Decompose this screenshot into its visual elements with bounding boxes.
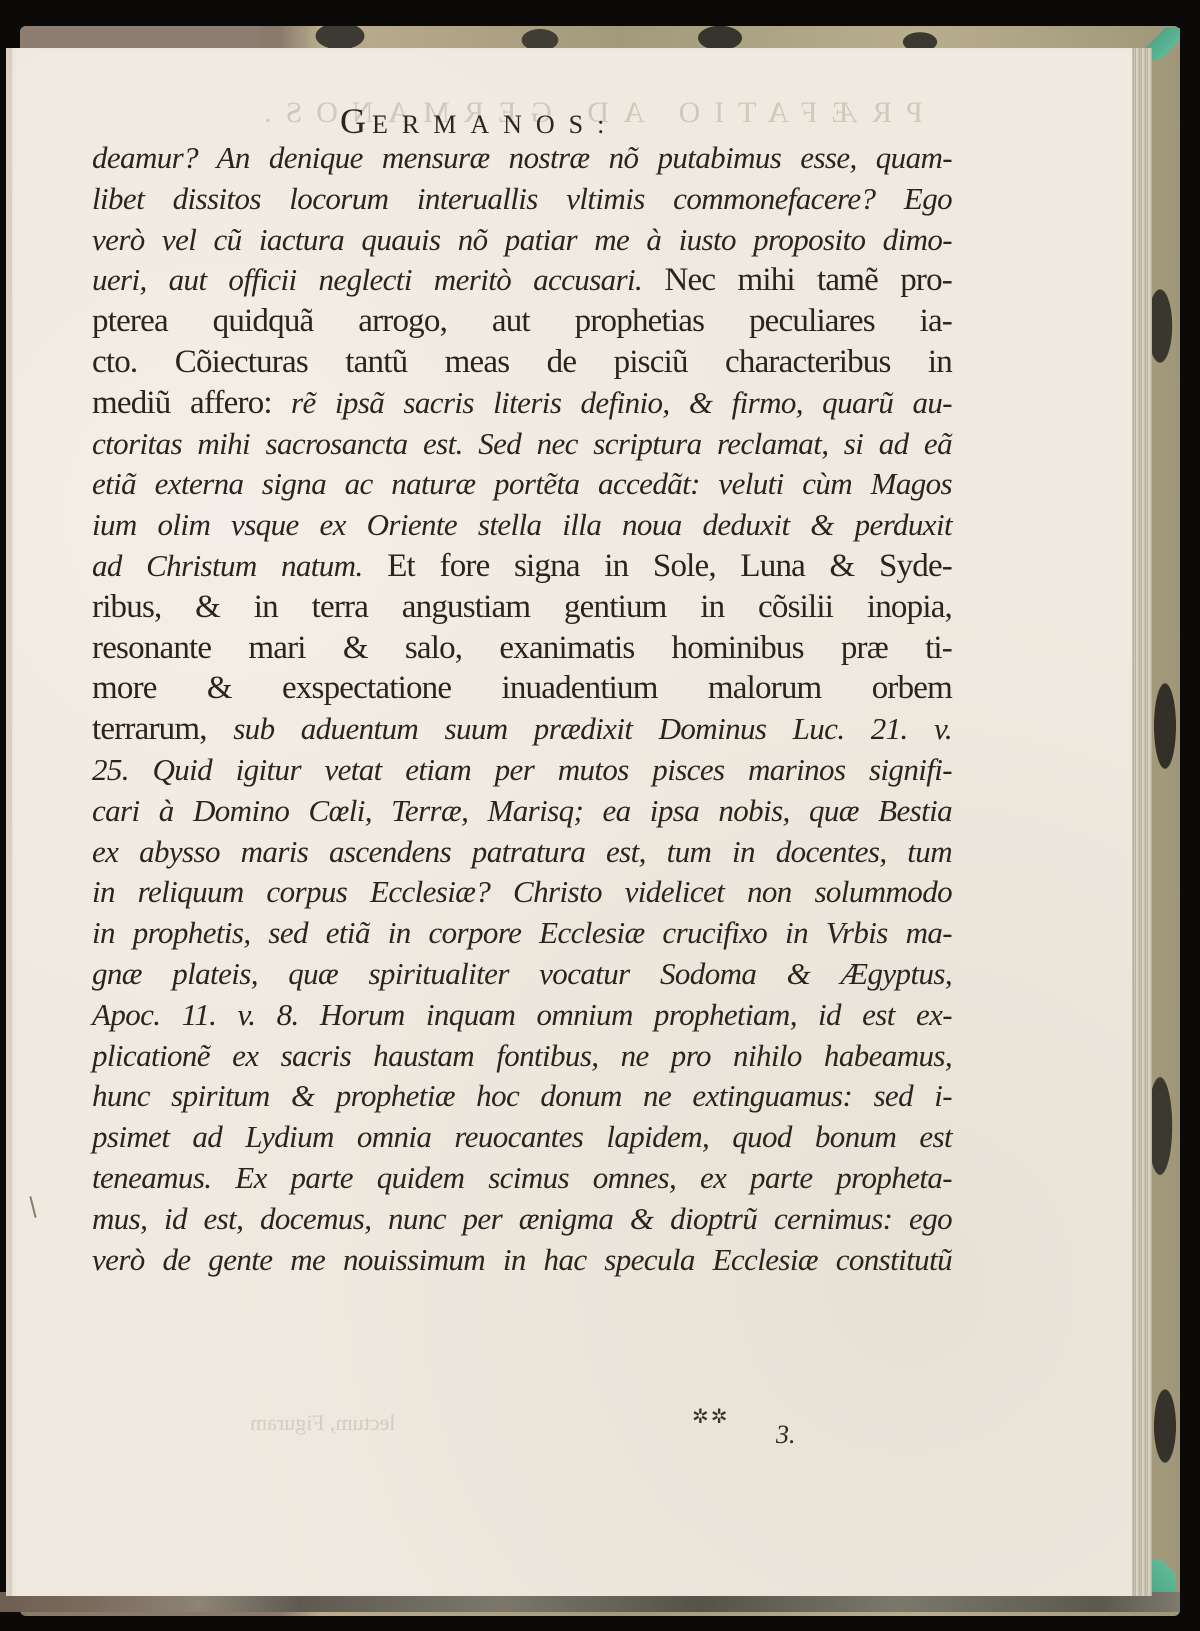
italic-text-segment: rẽ ipsã sacris literis definio, & firmo,… <box>272 385 952 420</box>
text-line: cto. Cõiecturas tantũ meas de pisciũ cha… <box>92 342 952 383</box>
text-line: deamur? An denique mensuræ nostræ nõ put… <box>92 138 952 179</box>
roman-text-segment: cto. Cõiecturas tantũ meas de pisciũ cha… <box>92 344 952 380</box>
text-line: mediũ affero: rẽ ipsã sacris literis def… <box>92 383 952 424</box>
text-line: pterea quidquã arrogo, aut prophetias pe… <box>92 301 952 342</box>
roman-text-segment: pterea quidquã arrogo, aut prophetias pe… <box>92 303 952 339</box>
text-line: ium olim vsque ex Oriente stella illa no… <box>92 505 952 546</box>
italic-text-segment: ctoritas mihi sacrosancta est. Sed nec s… <box>92 426 952 461</box>
body-text-block: deamur? An denique mensuræ nostræ nõ put… <box>92 138 952 1280</box>
italic-text-segment: gnæ plateis, quæ spiritualiter vocatur S… <box>92 956 952 991</box>
italic-text-segment: teneamus. Ex parte quidem scimus omnes, … <box>92 1160 952 1195</box>
italic-text-segment: ium olim vsque ex Oriente stella illa no… <box>92 507 952 542</box>
text-line: gnæ plateis, quæ spiritualiter vocatur S… <box>92 954 952 995</box>
roman-text-segment: Et fore signa in Sole, Luna & Syde- <box>363 548 952 584</box>
text-line: ad Christum natum. Et fore signa in Sole… <box>92 546 952 587</box>
running-head-initial: G <box>340 101 372 141</box>
text-line: Apoc. 11. v. 8. Horum inquam omnium prop… <box>92 995 952 1036</box>
scanned-book-page: PRÆFATIO AD GERMANOS. lectum, Figuram GE… <box>0 0 1200 1631</box>
text-line: teneamus. Ex parte quidem scimus omnes, … <box>92 1158 952 1199</box>
text-line: etiã externa signa ac naturæ portẽta acc… <box>92 464 952 505</box>
italic-text-segment: Apoc. 11. v. 8. Horum inquam omnium prop… <box>92 997 952 1032</box>
text-line: psimet ad Lydium omnia reuocantes lapide… <box>92 1117 952 1158</box>
signature-mark: ✲✲ <box>692 1404 730 1428</box>
text-line: ribus, & in terra angustiam gentium in c… <box>92 587 952 628</box>
running-head-rest: ERMANOS: <box>372 110 618 139</box>
italic-text-segment: ad Christum natum. <box>92 548 363 583</box>
italic-text-segment: 25. Quid igitur vetat etiam per mutos pi… <box>92 752 952 787</box>
text-line: libet dissitos locorum interuallis vltim… <box>92 179 952 220</box>
italic-text-segment: verò de gente me nouissimum in hac specu… <box>92 1242 952 1277</box>
page-gutter <box>6 48 12 1596</box>
italic-text-segment: in reliquum corpus Ecclesiæ? Christo vid… <box>92 874 952 909</box>
roman-text-segment: ribus, & in terra angustiam gentium in c… <box>92 589 952 625</box>
text-line: ueri, aut officii neglecti meritò accusa… <box>92 260 952 301</box>
text-line: resonante mari & salo, exanimatis homini… <box>92 628 952 669</box>
italic-text-segment: plicationẽ ex sacris haustam fontibus, n… <box>92 1038 952 1073</box>
italic-text-segment: cari à Domino Cœli, Terræ, Marisq; ea ip… <box>92 793 952 828</box>
text-line: more & exspectatione inuadentium malorum… <box>92 668 952 709</box>
italic-text-segment: ueri, aut officii neglecti meritò accusa… <box>92 262 642 297</box>
running-head: GERMANOS: <box>340 100 618 142</box>
text-line: mus, id est, docemus, nunc per ænigma & … <box>92 1199 952 1240</box>
text-line: ctoritas mihi sacrosancta est. Sed nec s… <box>92 424 952 465</box>
text-line: ex abysso maris ascendens patratura est,… <box>92 832 952 873</box>
text-line: in reliquum corpus Ecclesiæ? Christo vid… <box>92 872 952 913</box>
italic-text-segment: verò vel cũ iactura quauis nõ patiar me … <box>92 222 952 257</box>
roman-text-segment: more & exspectatione inuadentium malorum… <box>92 670 952 706</box>
italic-text-segment: sub aduentum suum prædixit Dominus Luc. … <box>233 711 952 746</box>
book-board-leather-edge <box>20 26 260 50</box>
italic-text-segment: deamur? An denique mensuræ nostræ nõ put… <box>92 140 952 175</box>
text-line: 25. Quid igitur vetat etiam per mutos pi… <box>92 750 952 791</box>
italic-text-segment: etiã externa signa ac naturæ portẽta acc… <box>92 466 952 501</box>
roman-text-segment: mediũ affero: <box>92 385 272 421</box>
italic-text-segment: in prophetis, sed etiã in corpore Eccles… <box>92 915 952 950</box>
roman-text-segment: Nec mihi tamẽ pro- <box>642 262 952 298</box>
text-line: verò de gente me nouissimum in hac specu… <box>92 1240 952 1281</box>
text-line: hunc spiritum & prophetiæ hoc donum ne e… <box>92 1076 952 1117</box>
roman-text-segment: terrarum, <box>92 711 233 747</box>
page-fore-edges <box>1130 48 1152 1596</box>
text-line: terrarum, sub aduentum suum prædixit Dom… <box>92 709 952 750</box>
italic-text-segment: hunc spiritum & prophetiæ hoc donum ne e… <box>92 1078 952 1113</box>
text-line: in prophetis, sed etiã in corpore Eccles… <box>92 913 952 954</box>
text-line: verò vel cũ iactura quauis nõ patiar me … <box>92 220 952 261</box>
roman-text-segment: resonante mari & salo, exanimatis homini… <box>92 630 952 666</box>
italic-text-segment: ex abysso maris ascendens patratura est,… <box>92 834 952 869</box>
italic-text-segment: psimet ad Lydium omnia reuocantes lapide… <box>92 1119 952 1154</box>
text-line: plicationẽ ex sacris haustam fontibus, n… <box>92 1036 952 1077</box>
page-number: 3. <box>776 1420 796 1450</box>
text-line: cari à Domino Cœli, Terræ, Marisq; ea ip… <box>92 791 952 832</box>
show-through-bottom-text: lectum, Figuram <box>250 1410 395 1436</box>
italic-text-segment: mus, id est, docemus, nunc per ænigma & … <box>92 1201 952 1236</box>
italic-text-segment: libet dissitos locorum interuallis vltim… <box>92 181 952 216</box>
